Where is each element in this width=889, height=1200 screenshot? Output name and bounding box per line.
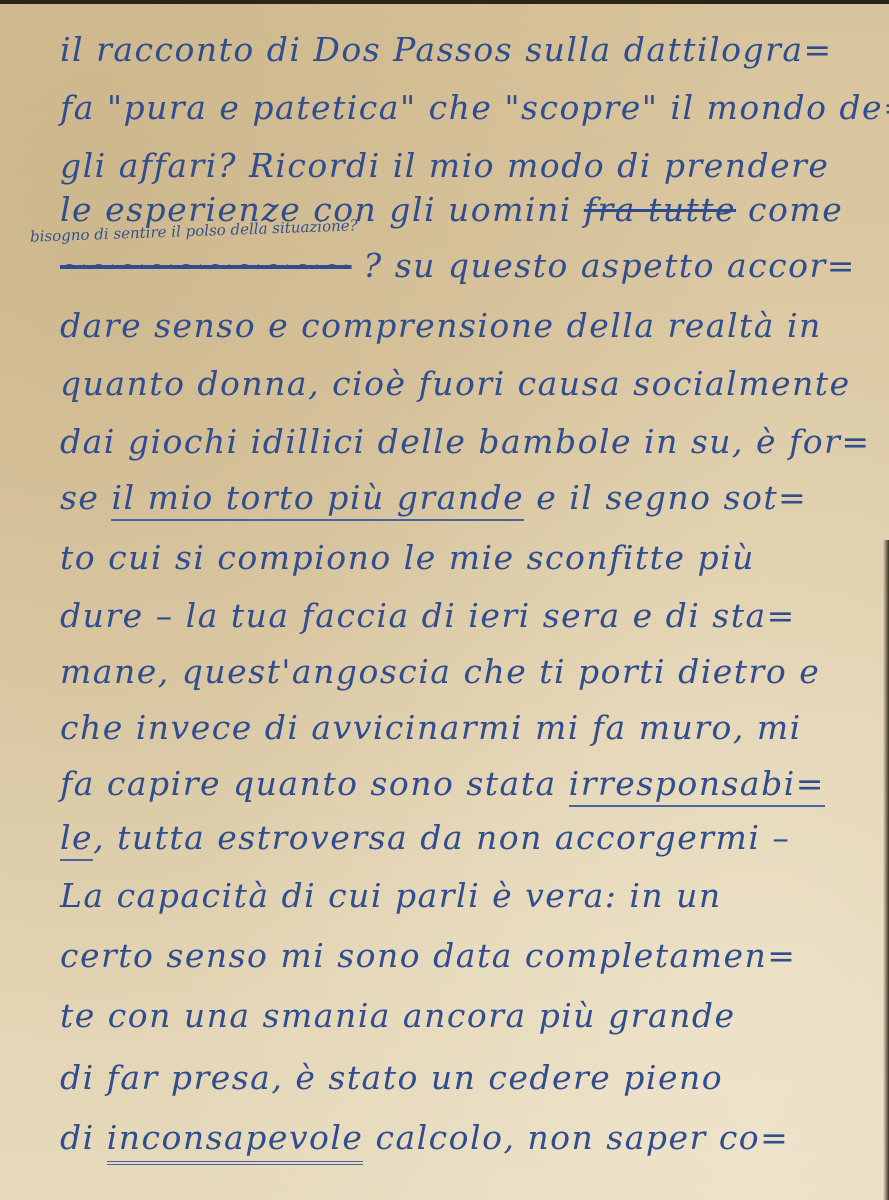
handwritten-line: di far presa, è stato un cedere pieno: [60, 1058, 723, 1097]
handwritten-line: certo senso mi sono data completamen=: [60, 936, 796, 975]
handwritten-line: fa capire quanto sono stata irresponsabi…: [60, 764, 825, 803]
handwritten-line: La capacità di cui parli è vera: in un: [60, 876, 722, 915]
handwritten-line: le, tutta estroversa da non accorgermi –: [60, 818, 790, 857]
handwritten-line: il racconto di Dos Passos sulla dattilog…: [60, 30, 833, 69]
handwritten-line: dai giochi idillici delle bambole in su,…: [60, 422, 871, 461]
line-text: se: [60, 478, 99, 517]
line-text: ? su questo aspetto accor=: [364, 246, 856, 285]
handwritten-line: fa "pura e patetica" che "scopre" il mon…: [60, 88, 889, 127]
handwritten-line: di inconsapevole calcolo, non saper co=: [60, 1118, 789, 1157]
underlined-word: irresponsabi=: [569, 764, 825, 807]
page-right-edge-shadow: [883, 540, 889, 1200]
handwritten-line: quanto donna, cioè fuori causa socialmen…: [60, 364, 851, 403]
struck-text: fra tutte: [584, 190, 736, 229]
line-text: calcolo, non saper co=: [375, 1118, 789, 1157]
line-text: fa capire quanto sono stata: [60, 764, 557, 803]
underlined-phrase: il mio torto più grande: [111, 478, 524, 521]
handwritten-line: se il mio torto più grande e il segno so…: [60, 478, 807, 517]
page-top-edge: [0, 0, 889, 4]
line-text: di: [60, 1118, 95, 1157]
double-underlined-word: inconsapevole: [107, 1118, 364, 1165]
handwritten-line: gli affari? Ricordi il mio modo di prend…: [60, 146, 829, 185]
handwritten-line: ~~~~~~~~~~ ? su questo aspetto accor=: [60, 246, 856, 285]
handwritten-line: te con una smania ancora più grande: [60, 996, 736, 1035]
letter-page: il racconto di Dos Passos sulla dattilog…: [0, 0, 889, 1200]
underlined-word: le: [60, 818, 93, 861]
handwritten-line: to cui si compiono le mie sconfitte più: [60, 538, 755, 577]
line-text: , tutta estroversa da non accorgermi –: [93, 818, 790, 857]
line-text: e il segno sot=: [536, 478, 807, 517]
line-text: come: [748, 190, 843, 229]
scribbled-out-word: ~~~~~~~~~~: [60, 246, 352, 285]
handwritten-line: che invece di avvicinarmi mi fa muro, mi: [60, 708, 802, 747]
handwritten-line: dure – la tua faccia di ieri sera e di s…: [60, 596, 796, 635]
handwritten-line: mane, quest'angoscia che ti porti dietro…: [60, 652, 820, 691]
handwritten-line: dare senso e comprensione della realtà i…: [60, 306, 822, 345]
